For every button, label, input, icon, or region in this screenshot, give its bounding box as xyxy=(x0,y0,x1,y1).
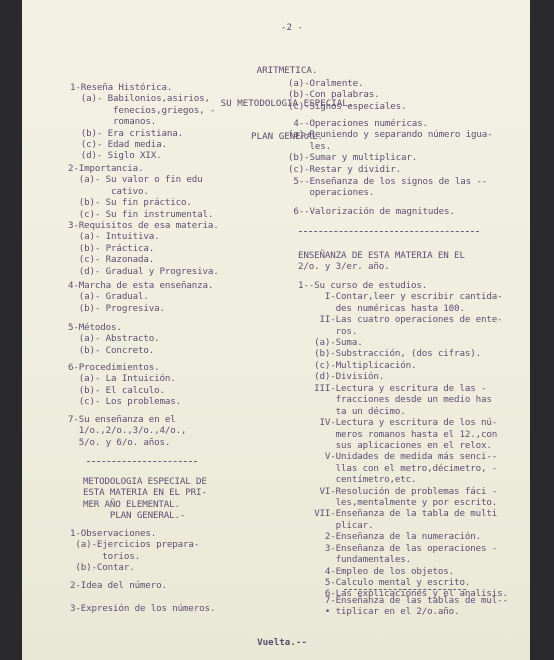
divider xyxy=(87,461,197,462)
text-line: • tiplicar en el 2/o.año. xyxy=(298,606,508,617)
left-section-1: 1-Reseña Histórica. (a)- Babilonios,asir… xyxy=(70,82,215,162)
right-section-7: 7-Enseñanza de las tablas de mul-- • tip… xyxy=(298,595,508,618)
text-line: sus aplicaciones en el relox. xyxy=(298,440,508,451)
text-line: operaciones. xyxy=(288,187,487,198)
text-line: (a)-Reuniendo y separando número igua- xyxy=(288,129,493,140)
text-line: 1/o.,2/o.,3/o.,4/o., xyxy=(68,425,186,436)
text-line: II-Las cuatro operaciones de ente- xyxy=(298,314,503,325)
text-line: fenecios,griegos, - xyxy=(70,105,215,116)
page-number: -2 - xyxy=(262,22,322,33)
text-line: centímetro,etc. xyxy=(298,474,508,485)
text-line: meros romanos hasta el 12.,con xyxy=(298,429,508,440)
left-section-10: 3-Expresión de los números. xyxy=(70,603,215,614)
text-line: fundamentales. xyxy=(298,554,508,565)
text-line: (a)- Abstracto. xyxy=(68,333,159,344)
text-line: les,mentalmente y por escrito. xyxy=(298,497,508,508)
left-section-3: 3-Requisitos de esa materia. (a)- Intuit… xyxy=(68,220,219,277)
text-line: ta un décimo. xyxy=(298,406,508,417)
text-line: cativo. xyxy=(68,186,213,197)
left-section-4: 4-Marcha de esta enseñanza. (a)- Gradual… xyxy=(68,280,213,314)
text-line: 5-Calculo mental y escrito. xyxy=(298,577,508,588)
text-line: PLAN GENERAL.- xyxy=(83,510,207,521)
text-line: (d)-División. xyxy=(298,371,503,382)
right-section-2: 4--Operaciones numéricas.(a)-Reuniendo y… xyxy=(288,118,493,175)
right-section-6: III-Lectura y escritura de las - fraccio… xyxy=(298,383,508,600)
text-line: 1-Reseña Histórica. xyxy=(70,82,215,93)
text-line: 3-Enseñanza de las operaciones - xyxy=(298,543,508,554)
text-line: des numéricas hasta 100. xyxy=(298,303,503,314)
text-line: (a)- La Intuición. xyxy=(68,373,181,384)
text-line: 7-Su enseñanza en el xyxy=(68,414,186,425)
text-line: 6--Valorización de magnitudes. xyxy=(288,206,455,217)
text-line: (c)- Edad media. xyxy=(70,139,215,150)
text-line: fracciones desde un medio has xyxy=(298,394,508,405)
right-section-5: 1--Su curso de estudios. I-Contar,leer y… xyxy=(298,280,503,383)
text-line: I-Contar,leer y escribir cantida- xyxy=(298,291,503,302)
text-line: (a)-Oralmente. xyxy=(288,78,406,89)
text-line: 7-Enseñanza de las tablas de mul-- xyxy=(298,595,508,606)
footer-vuelta: Vuelta.-- xyxy=(242,637,322,648)
right-section-4: 6--Valorización de magnitudes. xyxy=(288,206,455,217)
title-line: ARITMETICA. xyxy=(142,65,432,76)
text-line: MER AÑO ELEMENTAL. xyxy=(83,499,207,510)
text-line: METODOLOGIA ESPECIAL DE xyxy=(83,476,207,487)
left-section-6: 6-Procedimientos. (a)- La Intuición. (b)… xyxy=(68,362,181,408)
divider xyxy=(344,589,466,590)
text-line: 1--Su curso de estudios. xyxy=(298,280,503,291)
text-line: ros. xyxy=(298,326,503,337)
text-line: 2-Idea del número. xyxy=(70,580,167,591)
text-line: ESTA MATERIA EN EL PRI- xyxy=(83,487,207,498)
text-line: 4--Operaciones numéricas. xyxy=(288,118,493,129)
text-line: (b)- Su fin práctico. xyxy=(68,197,213,208)
text-line: 5/o. y 6/o. años. xyxy=(68,437,186,448)
text-line: 3-Requisitos de esa materia. xyxy=(68,220,219,231)
text-line: 5--Enseñanza de los signos de las -- xyxy=(288,176,487,187)
text-line: (b)- Era cristiana. xyxy=(70,128,215,139)
text-line: V-Unidades de medida más senci-- xyxy=(298,451,508,462)
text-line: (c)- Los problemas. xyxy=(68,396,181,407)
text-line: (c)-Restar y dividir. xyxy=(288,164,493,175)
text-line: 2-Importancia. xyxy=(68,163,213,174)
text-line: (d)- Siglo XIX. xyxy=(70,150,215,161)
text-line: 1-Observaciones. xyxy=(70,528,199,539)
text-line: (d)- Gradual y Progresiva. xyxy=(68,266,219,277)
text-line: (b)-Sumar y multiplicar. xyxy=(288,152,493,163)
text-line: (b)-Contar. xyxy=(70,562,199,573)
left-subheading: METODOLOGIA ESPECIAL DEESTA MATERIA EN E… xyxy=(83,476,207,522)
text-line: 2-Enseñanza de la numeración. xyxy=(298,531,508,542)
text-line: (b)- Práctica. xyxy=(68,243,219,254)
text-line: ENSEÑANZA DE ESTA MATERIA EN EL xyxy=(298,250,465,261)
text-line: VI-Resolución de problemas fáci - xyxy=(298,486,508,497)
typewritten-page: -2 - ARITMETICA. SU METODOLOGIA ESPECIAL… xyxy=(22,0,530,660)
left-section-9: 2-Idea del número. xyxy=(70,580,167,591)
text-line: III-Lectura y escritura de las - xyxy=(298,383,508,394)
text-line: (b)-Con palabras. xyxy=(288,89,406,100)
divider xyxy=(299,231,479,232)
text-line: romanos. xyxy=(70,116,215,127)
left-section-5: 5-Métodos. (a)- Abstracto. (b)- Concreto… xyxy=(68,322,159,356)
right-section-1: (a)-Oralmente.(b)-Con palabras.(c)-Signo… xyxy=(288,78,406,112)
text-line: torios. xyxy=(70,551,199,562)
text-line: (a)-Suma. xyxy=(298,337,503,348)
text-line: (c)-Multiplicación. xyxy=(298,360,503,371)
text-line: (c)- Razonada. xyxy=(68,254,219,265)
text-line: (b)- Concreto. xyxy=(68,345,159,356)
text-line: 6-Procedimientos. xyxy=(68,362,181,373)
text-line: plicar. xyxy=(298,520,508,531)
left-section-2: 2-Importancia. (a)- Su valor o fin edu c… xyxy=(68,163,213,220)
right-subheading: ENSEÑANZA DE ESTA MATERIA EN EL2/o. y 3/… xyxy=(298,250,465,273)
text-line: (a)-Ejercicios prepara- xyxy=(70,539,199,550)
left-section-8: 1-Observaciones. (a)-Ejercicios prepara-… xyxy=(70,528,199,574)
text-line: (b)- Progresiva. xyxy=(68,303,213,314)
text-line: llas con el metro,décimetro, - xyxy=(298,463,508,474)
text-line: 4-Marcha de esta enseñanza. xyxy=(68,280,213,291)
text-line: (a)- Su valor o fin edu xyxy=(68,174,213,185)
text-line: (c)- Su fin instrumental. xyxy=(68,209,213,220)
text-line: 4-Empleo de los objetos. xyxy=(298,566,508,577)
text-line: les. xyxy=(288,141,493,152)
text-line: (b)- El calculo. xyxy=(68,385,181,396)
text-line: 2/o. y 3/er. año. xyxy=(298,261,465,272)
text-line: 3-Expresión de los números. xyxy=(70,603,215,614)
left-section-7: 7-Su enseñanza en el 1/o.,2/o.,3/o.,4/o.… xyxy=(68,414,186,448)
text-line: (a)- Intuitiva. xyxy=(68,231,219,242)
text-line: (b)-Substracción, (dos cifras). xyxy=(298,348,503,359)
text-line: (c)-Signos especiales. xyxy=(288,101,406,112)
text-line: IV-Lectura y escritura de los nú- xyxy=(298,417,508,428)
text-line: (a)- Gradual. xyxy=(68,291,213,302)
text-line: (a)- Babilonios,asirios, xyxy=(70,93,215,104)
text-line: VII-Enseñanza de la tabla de multi xyxy=(298,508,508,519)
text-line: 5-Métodos. xyxy=(68,322,159,333)
right-section-3: 5--Enseñanza de los signos de las -- ope… xyxy=(288,176,487,199)
